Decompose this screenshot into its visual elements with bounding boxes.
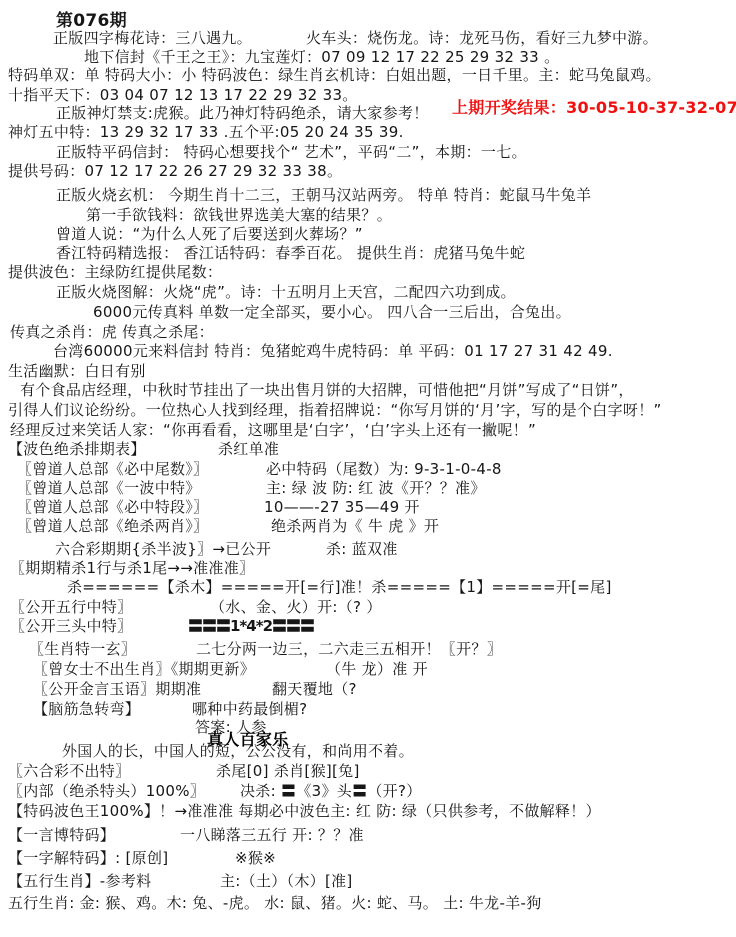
text-line: 台湾60000元来料信封 特肖：兔猪蛇鸡牛虎特码：单 平码：01 17 27 3… [53,340,613,361]
text-line: 生活幽默：白日有别 [8,360,146,381]
text-line: 杀尾[0] 杀肖[猴][兔] [216,760,360,781]
section-label: 〖曾女士不出生肖〗《期期更新》 [33,658,255,679]
text-line: 正版火烧玄机： 今期生肖十二三，王朝马汉站两旁。 特单 特肖：蛇鼠马牛兔羊 [56,184,591,205]
text-line: 主:（土）（木）[准] [220,870,353,891]
text-line: 传真之杀肖：虎 传真之杀尾： [10,321,214,342]
section-label: 六合彩期期{杀半波}〗→已公开 [55,538,271,559]
text-line: 提供号码：07 12 17 22 26 27 29 32 33 38。 [8,160,342,181]
text-line: （水、金、火）开:（? ） [210,596,382,617]
section-label: 〖期期精杀1行与杀1尾→→准准准〗 [10,557,254,578]
text-line: 二七分两一边三，二六走三五相开！〖开？〗 [196,638,502,659]
text-line: 特码单双：单 特码大小：小 特码波色：绿生肖玄机诗：白姐出题，一日千里。主：蛇马… [8,64,661,85]
text-line: 第一手欲钱料：欲钱世界选美大塞的结果？。 [86,204,392,225]
text-line: 提供波色：主绿防红提供尾数： [8,261,222,282]
text-line: 6000元传真料 单数一定全部买，要小心。 四八合一三后出，合兔出。 [93,301,571,322]
section-label: 【一字解特码】: [原创] [8,847,168,868]
text-line: 杀======【杀木】=====开[=行]准！杀=====【1】=====开[=… [67,576,612,597]
section-label: 〖公开五行中特〗 [10,596,132,617]
last-draw-result: 上期开奖结果：30-05-10-37-32-07 特09 [452,95,736,118]
section-label: 【波色绝杀排期表】 [8,438,146,459]
text-line: ※猴※ [235,847,276,868]
section-label: 〖公开金言玉语〗期期准 [33,678,201,699]
text-line: 决杀: 〓《3》头〓（开?） [240,780,422,801]
lottery-tip-sheet: 第076期 正版四字梅花诗：三八遇九。火车头：烧伤龙。诗：龙死马伤，看好三九梦中… [0,0,736,937]
text-line: 主: 绿 波 防: 红 波《开？？准》 [266,477,486,498]
section-label: 〖六合彩不出特〗 [8,760,130,781]
text-line: 火车头：烧伤龙。诗：龙死马伤，看好三九梦中游。 [306,27,658,48]
text-line: 经理反过来笑话人家：“你再看看，这哪里是‘白字’，‘白’字头上还有一撇呢！” [10,419,536,440]
section-label: 〖生肖特一玄〗 [29,638,136,659]
text-line: 必中特码（尾数）为: 9-3-1-0-4-8 [266,458,502,479]
text-line: 正版四字梅花诗：三八遇九。 [53,27,252,48]
section-label: 〖内部（绝杀特头）100%〗 [8,780,205,801]
text-line: 正版火烧图解：火烧“虎”。诗：十五明月上天宫，二配四六功到成。 [56,281,516,302]
section-label: 〖曾道人总部《必中尾数》〗 [17,458,208,479]
text-line: 〓〓〓1*4*2〓〓〓 [188,615,314,636]
section-label: 〖曾道人总部《绝杀两肖》〗 [17,515,208,536]
text-line: （牛 龙）准 开 [326,658,428,679]
text-line: 杀红单准 [218,438,279,459]
text-line: 绝杀两肖为《 牛 虎 》开 [271,515,439,536]
text-line: 【特码波色王100%】！→准准准 每期必中波色主: 红 防: 绿（只供参考，不做… [8,800,601,821]
section-label: 【一言博特码】 [8,824,115,845]
text-line: 正版神灯禁支:虎猴。此乃神灯特码绝杀，请大家参考！ [56,102,429,123]
text-line: 五行生肖: 金: 猴、鸡。木: 兔、-虎。 水: 鼠、猪。火: 蛇、马。 土: … [8,892,542,913]
text-line: 引得人们议论纷纷。一位热心人找到经理，指着招牌说：“你写月饼的‘月’字，写的是个… [8,399,662,420]
text-line: 杀: 蓝双准 [326,538,398,559]
section-label: 〖公开三头中特〗 [10,615,132,636]
text-line: 神灯五中特：13 29 32 17 33 .五个平:05 20 24 35 39… [8,121,404,142]
section-label: 【五行生肖】-参考料 [8,870,151,891]
text-line: 正版特平码信封： 特码心想要找个“ 艺术”，平码“二”，本期：一七。 [56,141,527,162]
section-label: 〖曾道人总部《必中特段》〗 [17,496,208,517]
text-line: 10——-27 35—49 开 [264,496,420,517]
text-line: 外国人的长，中国人的短，公公没有，和尚用不着。 [62,740,414,761]
text-line: 一八睇落三五行 开: ？？准 [180,824,364,845]
section-label: 〖曾道人总部《一波中特》 [17,477,201,498]
text-line: 翻天覆地（? [272,678,357,699]
section-label: 【脑筋急转弯】 [33,698,140,719]
text-line: 有个食品店经理，中秋时节挂出了一块出售月饼的大招牌，可惜他把“月饼”写成了“日饼… [20,379,634,400]
text-line: 曾道人说：“为什么人死了后要送到火葬场？” [56,223,363,244]
text-line: 香江特码精选报： 香江话特码：春季百花。 提供生肖：虎猪马兔牛蛇 [56,242,525,263]
